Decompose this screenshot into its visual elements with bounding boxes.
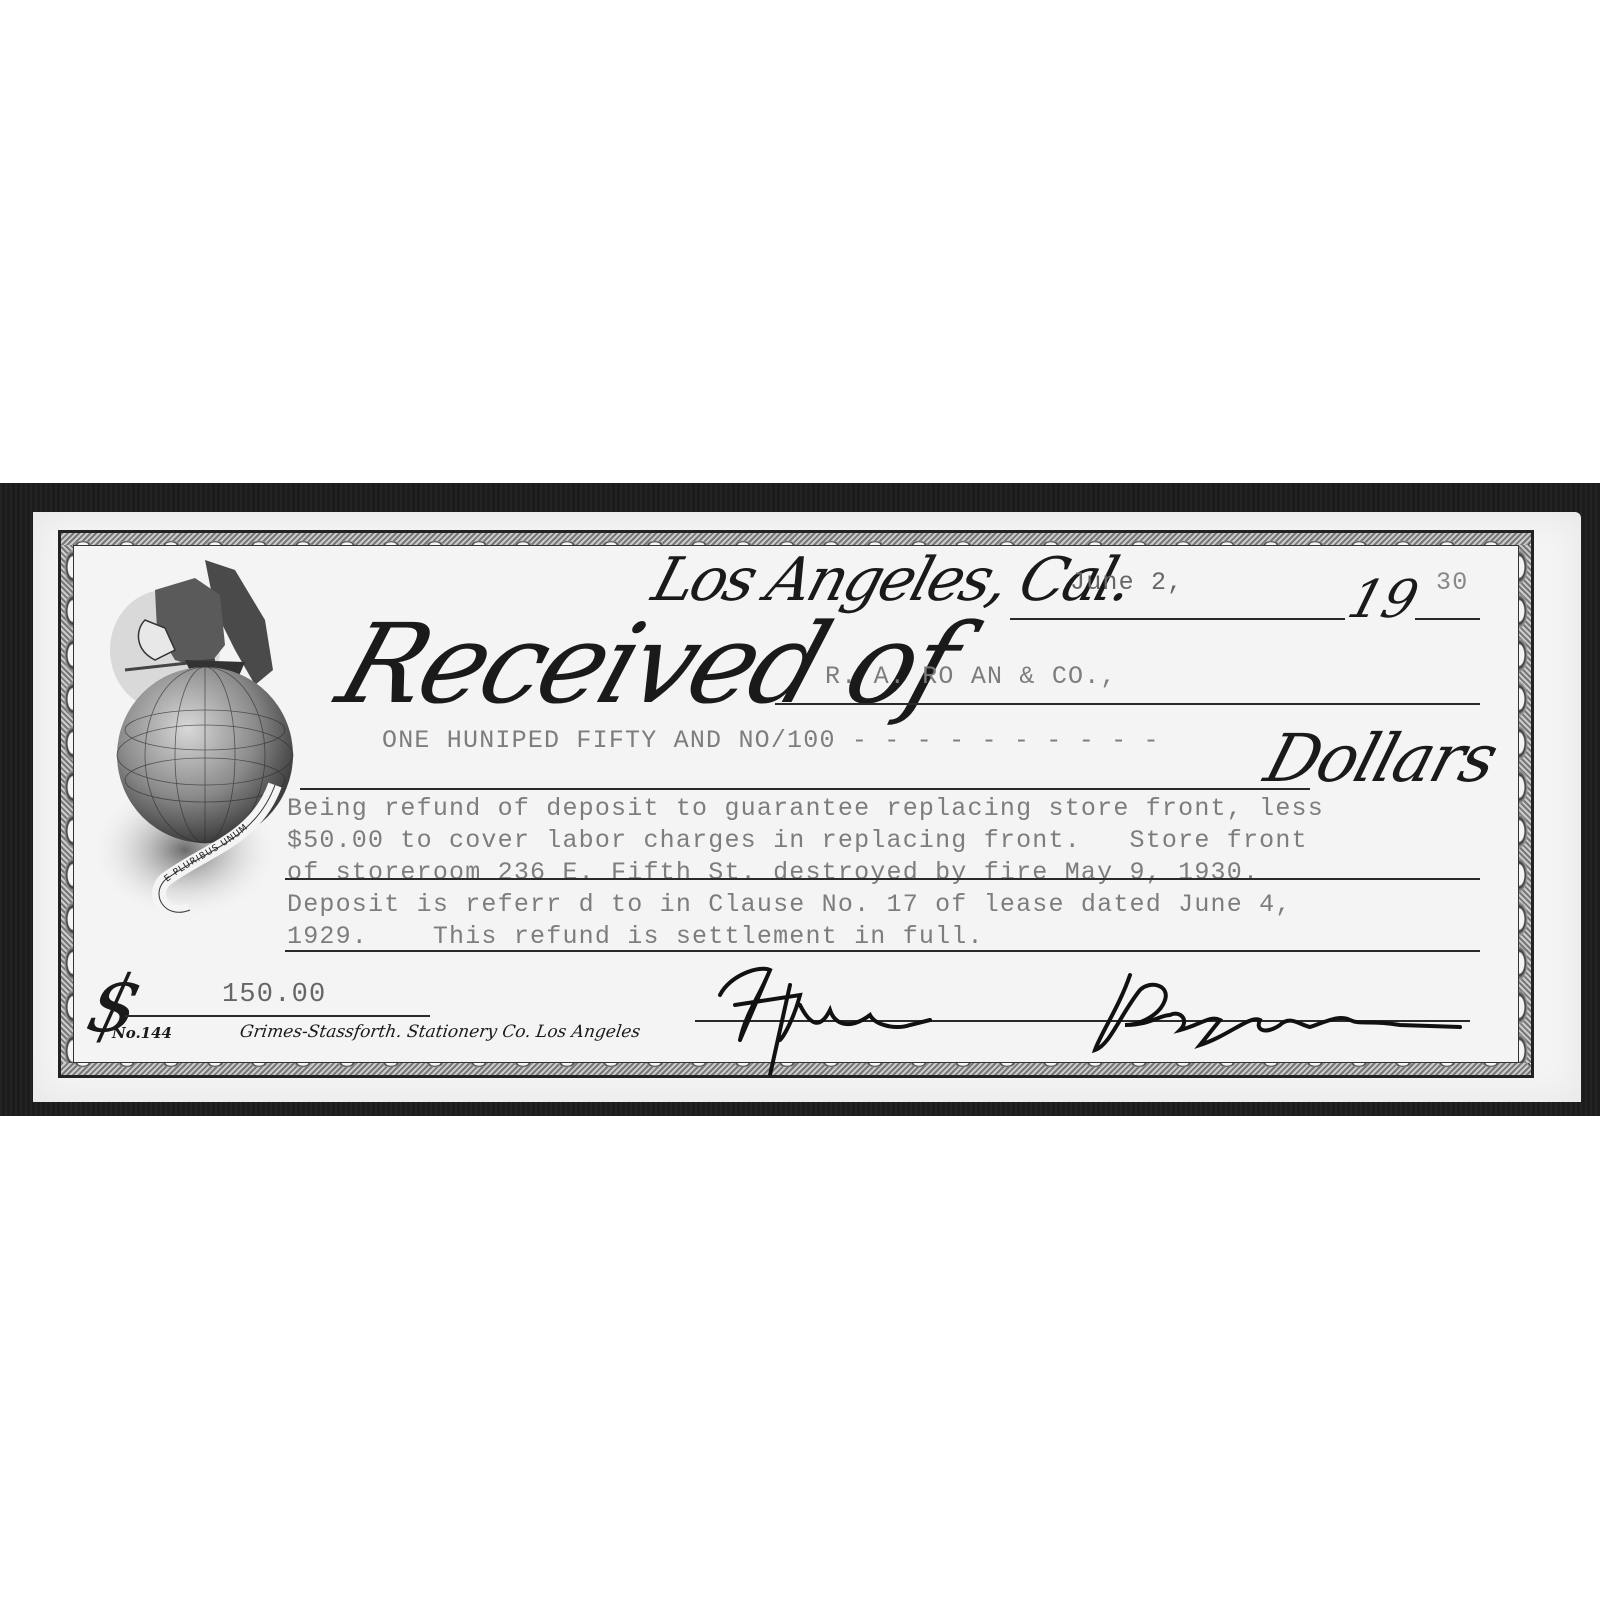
amount-figures: 150.00 — [222, 980, 326, 1010]
city-label: Los Angeles, Cal. — [645, 545, 1139, 615]
printer-imprint: Grimes-Stassforth. Stationery Co. Los An… — [239, 1022, 642, 1042]
year-suffix: 30 — [1436, 568, 1468, 597]
memo-line: 1929. This refund is settlement in full. — [287, 922, 984, 951]
amount-figure-line — [125, 1015, 430, 1017]
memo-line: $50.00 to cover labor charges in replaci… — [287, 826, 1308, 855]
amount-words-line — [300, 788, 1310, 790]
dollars-label: Dollars — [1257, 720, 1505, 797]
memo-line: of storeroom 236 E. Fifth St. destroyed … — [287, 858, 1259, 887]
memo-line: Being refund of deposit to guarantee rep… — [287, 794, 1324, 823]
memo-line-rule — [285, 950, 1480, 952]
form-number: No.144 — [112, 1024, 172, 1042]
amount-words: ONE HUNIPED FIFTY AND NO/100 - - - - - -… — [382, 726, 1160, 755]
eagle-globe-vignette: E PLURIBUS UNUM — [95, 550, 310, 930]
memo-line-rule — [285, 878, 1480, 880]
date-line — [1010, 618, 1345, 620]
date-value: June 2, — [1070, 568, 1183, 597]
perforated-edge — [27, 512, 37, 1102]
payer-value: R. A. RO AN & CO., — [825, 662, 1117, 691]
memo-line: Deposit is referr d to in Clause No. 17 … — [287, 890, 1292, 919]
payer-line — [775, 703, 1480, 705]
year-line — [1415, 618, 1480, 620]
signature: Wayne Rozen — [700, 955, 1480, 1075]
